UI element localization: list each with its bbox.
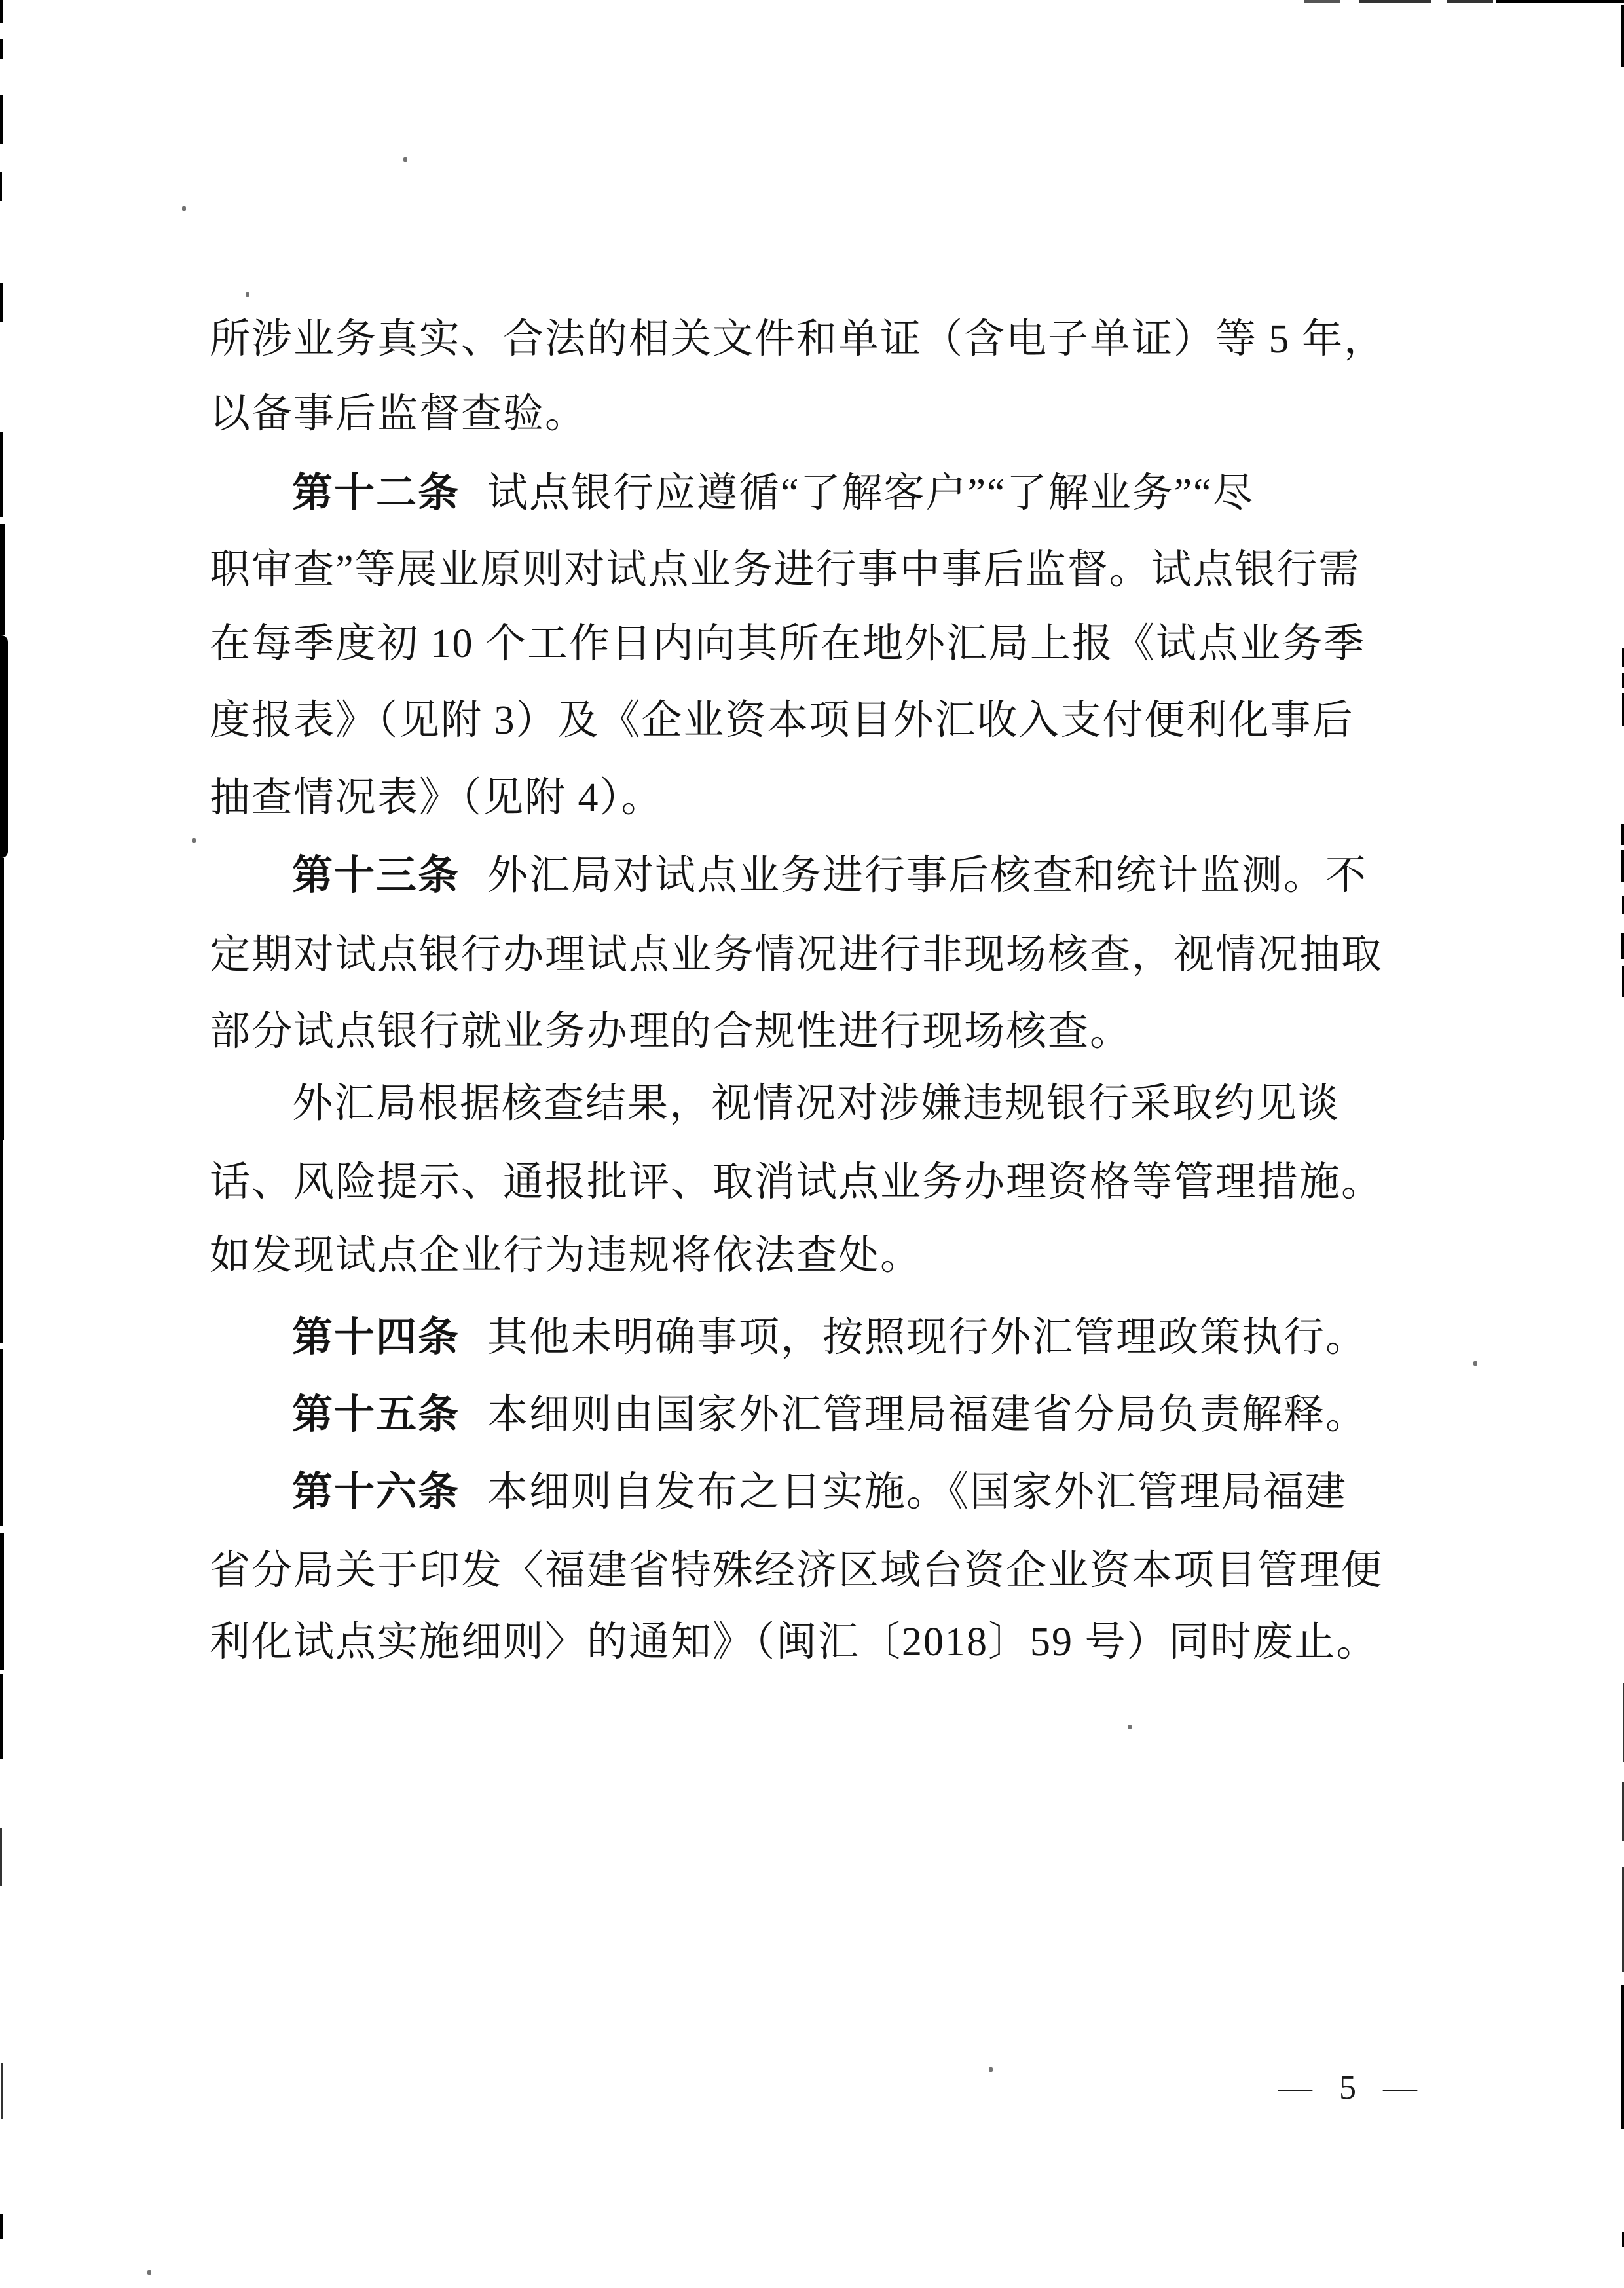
document-line: 度报表》（见附 3）及《企业资本项目外汇收入支付便利化事后 (210, 700, 1428, 741)
article-number: 第十二条 (292, 471, 460, 516)
document-line: 部分试点银行就业务办理的合规性进行现场核查。 (210, 1011, 1428, 1052)
scan-artifact-left (0, 858, 4, 1140)
scan-artifact-left (0, 1674, 3, 1759)
scan-artifact-right (1621, 824, 1624, 845)
line-text: 职审查”等展业原则对试点业务进行事中事后监督。试点银行需 (210, 548, 1361, 592)
article-number: 第十五条 (292, 1393, 460, 1437)
scan-artifact-left (0, 0, 3, 23)
scan-artifact-left (0, 1349, 3, 1526)
document-line: 话、风险提示、通报批评、取消试点业务办理资格等管理措施。 (210, 1162, 1428, 1203)
scan-artifact-top (1447, 0, 1493, 3)
line-text: 抽查情况表》（见附 4）。 (210, 776, 663, 820)
document-page: 所涉业务真实、合法的相关文件和单证（含电子单证）等 5 年， 以备事后监督查验。… (0, 0, 1624, 2288)
document-line: 第十二条试点银行应遵循“了解客户”“了解业务”“尽 (210, 473, 1510, 514)
scan-artifact-right (1621, 850, 1624, 882)
scan-artifact-left (0, 524, 5, 635)
document-line: 抽查情况表》（见附 4）。 (210, 778, 1428, 818)
scan-speck (403, 157, 407, 162)
line-text: 外汇局根据核查结果，视情况对涉嫌违规银行采取约见谈 (292, 1081, 1340, 1126)
document-line: 所涉业务真实、合法的相关文件和单证（含电子单证）等 5 年， (210, 319, 1428, 360)
scan-artifact-left (0, 95, 3, 144)
line-text: 话、风险提示、通报批评、取消试点业务办理资格等管理措施。 (210, 1160, 1383, 1205)
scan-artifact-left (1, 2063, 3, 2119)
scan-artifact-left (0, 39, 3, 59)
page-number: — 5 — (1278, 2070, 1426, 2107)
line-text: 如发现试点企业行为违规将依法查处。 (210, 1233, 922, 1278)
article-number: 第十四条 (292, 1315, 460, 1360)
document-line: 第十四条其他未明确事项，按照现行外汇管理政策执行。 (210, 1317, 1510, 1358)
line-text: 外汇局对试点业务进行事后核查和统计监测。不 (487, 853, 1367, 898)
scan-speck (182, 206, 186, 211)
document-line: 第十三条外汇局对试点业务进行事后核查和统计监测。不 (210, 855, 1510, 896)
scan-speck (246, 292, 249, 297)
document-line: 定期对试点银行办理试点业务情况进行非现场核查，视情况抽取 (210, 935, 1428, 975)
scan-artifact-left (0, 635, 8, 858)
line-text: 定期对试点银行办理试点业务情况进行非现场核查，视情况抽取 (210, 933, 1383, 977)
scan-speck (192, 838, 196, 843)
line-text: 本细则自发布之日实施。《国家外汇管理局福建 (487, 1470, 1347, 1514)
scan-artifact-left (0, 2214, 3, 2239)
article-number: 第十六条 (292, 1470, 460, 1514)
document-line: 利化试点实施细则〉的通知》（闽汇〔2018〕59 号）同时废止。 (210, 1622, 1428, 1662)
document-line: 如发现试点企业行为违规将依法查处。 (210, 1235, 1428, 1276)
scan-artifact-left (0, 1533, 4, 1670)
scan-artifact-right (1621, 933, 1624, 959)
scan-speck (1473, 1361, 1477, 1366)
scan-artifact-left (0, 172, 2, 201)
document-line: 第十六条本细则自发布之日实施。《国家外汇管理局福建 (210, 1472, 1510, 1512)
scan-speck (989, 2067, 993, 2072)
scan-artifact-top (1359, 0, 1431, 3)
scan-artifact-right (1621, 5, 1624, 67)
scan-artifact-left (0, 1828, 2, 1886)
line-text: 以备事后监督查验。 (210, 392, 587, 436)
line-text: 利化试点实施细则〉的通知》（闽汇〔2018〕59 号）同时废止。 (210, 1620, 1378, 1664)
document-line: 省分局关于印发〈福建省特殊经济区域台资企业资本项目管理便 (210, 1550, 1428, 1591)
scan-artifact-right (1621, 1985, 1624, 2129)
line-text: 在每季度初 10 个工作日内向其所在地外汇局上报《试点业务季 (210, 622, 1365, 666)
document-line: 以备事后监督查验。 (210, 394, 1428, 434)
scan-speck (1128, 1725, 1132, 1729)
document-line: 外汇局根据核查结果，视情况对涉嫌违规银行采取约见谈 (210, 1083, 1510, 1124)
document-line: 第十五条本细则由国家外汇管理局福建省分局负责解释。 (210, 1395, 1510, 1435)
line-text: 试点银行应遵循“了解客户”“了解业务”“尽 (487, 471, 1255, 516)
scan-speck (147, 2270, 151, 2275)
scan-artifact-left (0, 1140, 3, 1343)
line-text: 所涉业务真实、合法的相关文件和单证（含电子单证）等 5 年， (210, 317, 1386, 362)
line-text: 本细则由国家外汇管理局福建省分局负责解释。 (487, 1393, 1367, 1437)
scan-artifact-top (1304, 0, 1340, 3)
document-line: 职审查”等展业原则对试点业务进行事中事后监督。试点银行需 (210, 550, 1428, 590)
scan-artifact-left (0, 432, 3, 517)
line-text: 部分试点银行就业务办理的合规性进行现场核查。 (210, 1009, 1132, 1054)
line-text: 省分局关于印发〈福建省特殊经济区域台资企业资本项目管理便 (210, 1548, 1383, 1593)
article-number: 第十三条 (292, 853, 460, 898)
document-line: 在每季度初 10 个工作日内向其所在地外汇局上报《试点业务季 (210, 624, 1428, 664)
line-text: 其他未明确事项，按照现行外汇管理政策执行。 (487, 1315, 1367, 1360)
scan-artifact-top (1496, 0, 1624, 3)
line-text: 度报表》（见附 3）及《企业资本项目外汇收入支付便利化事后 (210, 698, 1354, 743)
scan-artifact-left (0, 283, 3, 322)
